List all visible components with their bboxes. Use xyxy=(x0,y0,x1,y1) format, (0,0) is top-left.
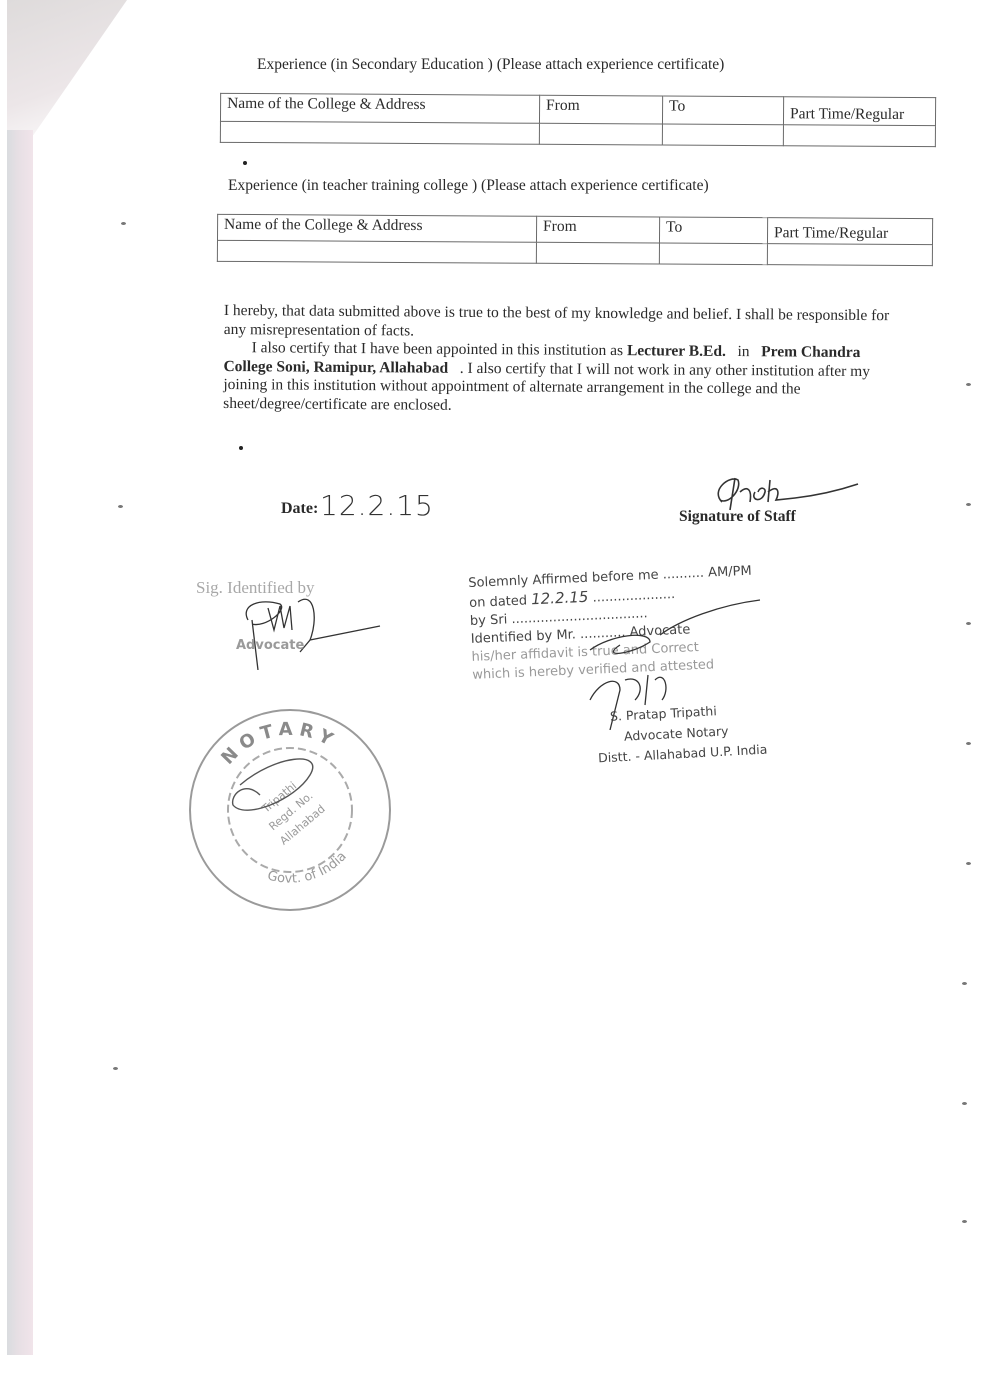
declaration-paragraph-2: I also certify that I have been appointe… xyxy=(223,339,904,418)
column-header: To xyxy=(659,217,767,244)
notary-text: AM/PM xyxy=(708,564,752,581)
page-fold-shadow xyxy=(7,0,127,135)
table-cell[interactable] xyxy=(220,121,539,144)
stamp-bottom-text: Govt. of India xyxy=(266,849,350,887)
date-value-handwritten: 12.2.15 xyxy=(320,489,434,522)
stray-mark xyxy=(239,446,243,450)
declaration: I hereby, that data submitted above is t… xyxy=(223,302,904,418)
post-title: Lecturer B.Ed. xyxy=(627,342,726,360)
table-cell[interactable] xyxy=(767,244,932,266)
stray-mark xyxy=(243,161,247,165)
scan-speck xyxy=(118,505,123,508)
notary-text: by Sri xyxy=(470,612,508,629)
advocate-signature xyxy=(240,590,390,670)
date-label: Date: xyxy=(281,500,318,518)
table-cell[interactable] xyxy=(783,125,935,147)
scan-speck xyxy=(962,1102,967,1105)
training-experience-title: Experience (in teacher training college … xyxy=(228,177,709,195)
scan-speck xyxy=(966,503,971,506)
declaration-text: in xyxy=(726,343,761,360)
secondary-experience-title: Experience (in Secondary Education ) (Pl… xyxy=(257,56,724,74)
column-header: Part Time/Regular xyxy=(783,97,935,126)
column-header: From xyxy=(539,95,662,124)
column-header: Part Time/Regular xyxy=(767,218,932,245)
column-header: Name of the College & Address xyxy=(217,214,536,242)
scan-speck xyxy=(966,742,971,745)
column-header: Name of the College & Address xyxy=(220,93,539,123)
scan-speck xyxy=(962,982,967,985)
table-cell[interactable] xyxy=(536,242,659,264)
signature-of-staff-label: Signature of Staff xyxy=(679,508,796,526)
secondary-experience-table: Name of the College & Address From To Pa… xyxy=(220,93,936,147)
notary-text: on dated xyxy=(469,593,527,611)
advocate-label: Advocate xyxy=(236,638,304,653)
page-edge-strip xyxy=(7,130,33,1355)
notary-stamp: NOTARY Govt. of India Tripathi Regd. No.… xyxy=(185,705,395,915)
column-header: From xyxy=(536,216,659,243)
table-row xyxy=(217,240,932,265)
training-experience-table: Name of the College & Address From To Pa… xyxy=(217,214,933,266)
scan-speck xyxy=(966,862,971,865)
scan-speck xyxy=(121,222,126,225)
table-cell[interactable] xyxy=(659,243,767,265)
notary-district: Distt. - Allahabad U.P. India xyxy=(598,742,768,766)
table-row xyxy=(220,121,935,146)
scan-speck xyxy=(966,383,971,386)
scan-speck xyxy=(113,1067,118,1070)
scan-speck xyxy=(966,622,971,625)
table-header-row: Name of the College & Address From To Pa… xyxy=(220,93,935,125)
table-cell[interactable] xyxy=(217,240,536,263)
table-cell[interactable] xyxy=(539,123,662,145)
scan-speck xyxy=(962,1220,967,1223)
declaration-paragraph-1: I hereby, that data submitted above is t… xyxy=(224,302,904,344)
table-cell[interactable] xyxy=(662,124,783,146)
column-header: To xyxy=(662,96,783,125)
svg-text:Govt. of India: Govt. of India xyxy=(266,849,350,887)
declaration-text: I also certify that I have been appointe… xyxy=(252,339,627,359)
